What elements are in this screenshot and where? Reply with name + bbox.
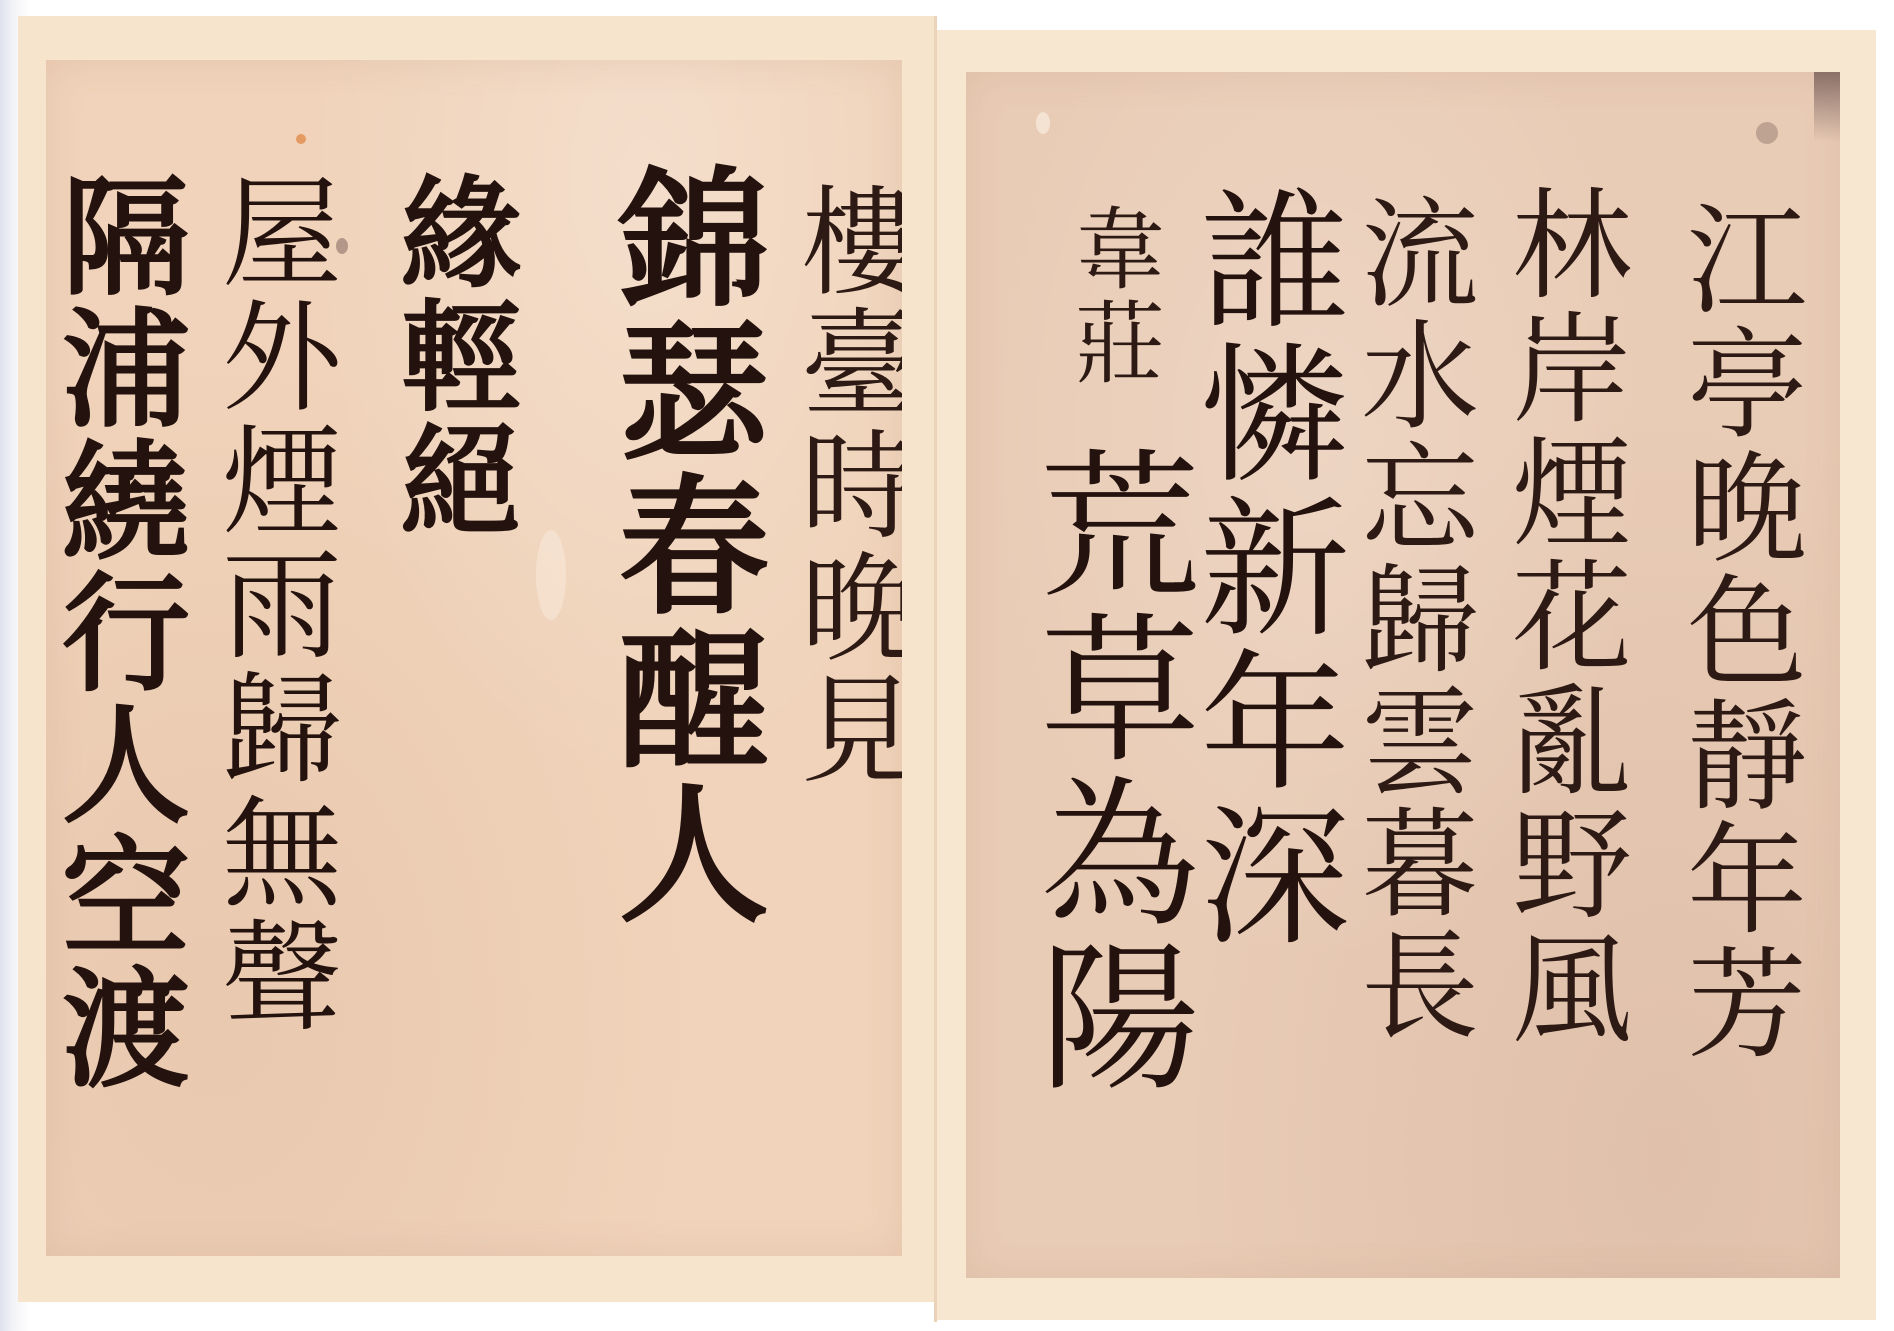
calligraphy-column-3: 緣輕絕 [391, 170, 511, 542]
corner-stain [1814, 72, 1840, 142]
calligraphy-column-3: 流水忘歸雲暮長 [1351, 192, 1469, 1046]
album-fold-line [934, 16, 937, 1322]
paper-wear [1036, 112, 1050, 134]
ink-spot [1756, 122, 1778, 144]
left-calligraphy-page: 樓臺時晚見 錦瑟春醒人 緣輕絕 屋外煙雨歸無聲 隔浦繞行人空渡 [46, 60, 902, 1256]
red-spot [296, 134, 306, 144]
calligraphy-column-1: 樓臺時晚見 [791, 180, 902, 790]
calligraphy-column-4: 誰憐新年深 [1186, 182, 1336, 952]
calligraphy-column-4: 屋外煙雨歸無聲 [211, 170, 331, 1038]
paper-wear [536, 530, 566, 620]
right-calligraphy-page: 江亭晚色靜年芳 林岸煙花亂野風 流水忘歸雲暮長 誰憐新年深 荒草為陽 韋莊 [966, 72, 1840, 1278]
calligraphy-column-2: 錦瑟春醒人 [606, 160, 756, 930]
calligraphy-signature: 韋莊 [1066, 202, 1156, 390]
calligraphy-column-2: 林岸煙花亂野風 [1501, 182, 1621, 1050]
calligraphy-column-5: 荒草為陽 [1026, 442, 1186, 1098]
calligraphy-column-1: 江亭晚色靜年芳 [1676, 197, 1796, 1065]
calligraphy-column-5: 隔浦繞行人空渡 [51, 170, 179, 1094]
